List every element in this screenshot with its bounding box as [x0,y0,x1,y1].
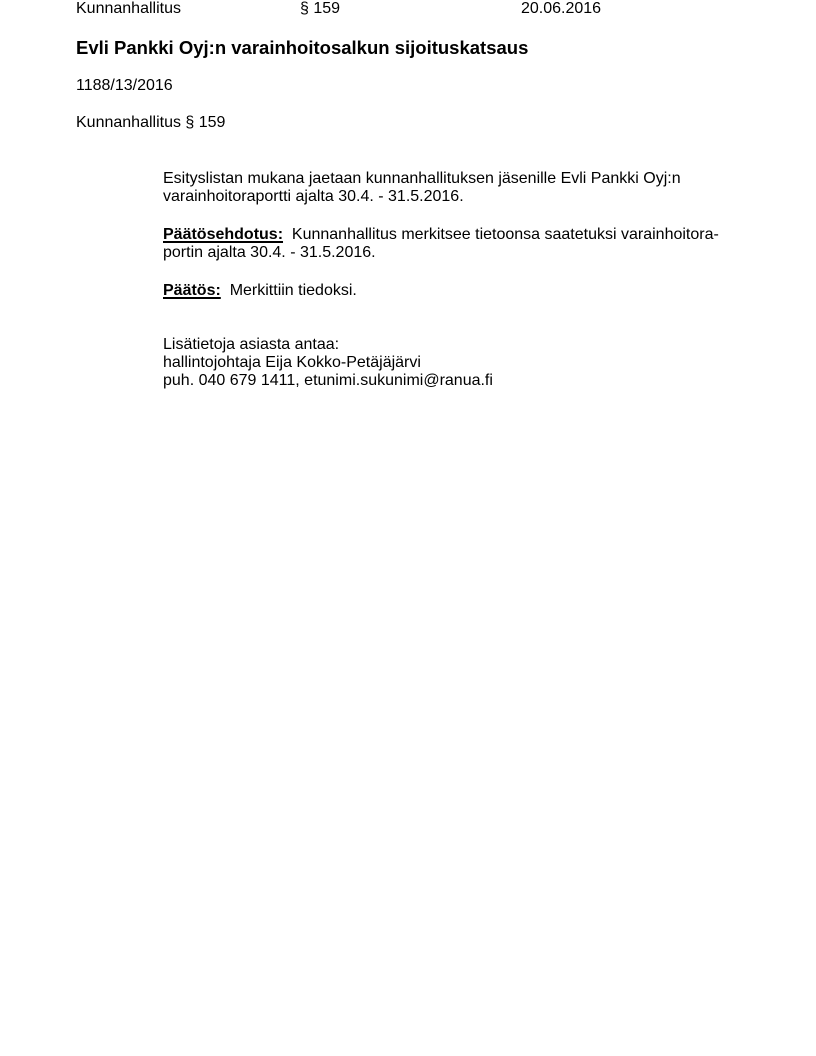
header-date: 20.06.2016 [521,0,601,18]
header-body-name: Kunnanhallitus [76,0,181,18]
decision-label: Päätös: [163,282,221,299]
decision-text: Merkittiin tiedoksi. [230,282,357,299]
intro-paragraph: Esityslistan mukana jaetaan kunnanhallit… [163,170,743,206]
section-reference: Kunnanhallitus § 159 [76,113,225,132]
proposal-label: Päätösehdotus: [163,226,283,243]
contact-line-2: hallintojohtaja Eija Kokko-Petäjäjärvi [163,354,743,372]
record-number: 1188/13/2016 [76,76,173,95]
contact-line-1: Lisätietoja asiasta antaa: [163,336,743,354]
proposal-line-2: portin ajalta 30.4. - 31.5.2016. [163,244,743,262]
intro-line-1: Esityslistan mukana jaetaan kunnanhallit… [163,170,743,188]
header-section: § 159 [300,0,340,18]
contact-line-3: puh. 040 679 1411, etunimi.sukunimi@ranu… [163,372,743,390]
contact-block: Lisätietoja asiasta antaa: hallintojohta… [163,336,743,390]
decision-paragraph: Päätös: Merkittiin tiedoksi. [163,282,743,300]
document-title: Evli Pankki Oyj:n varainhoitosalkun sijo… [76,37,528,59]
intro-line-2: varainhoitoraportti ajalta 30.4. - 31.5.… [163,188,743,206]
proposal-paragraph: Päätösehdotus: Kunnanhallitus merkitsee … [163,226,743,262]
proposal-line-1: Kunnanhallitus merkitsee tietoonsa saate… [292,226,719,243]
